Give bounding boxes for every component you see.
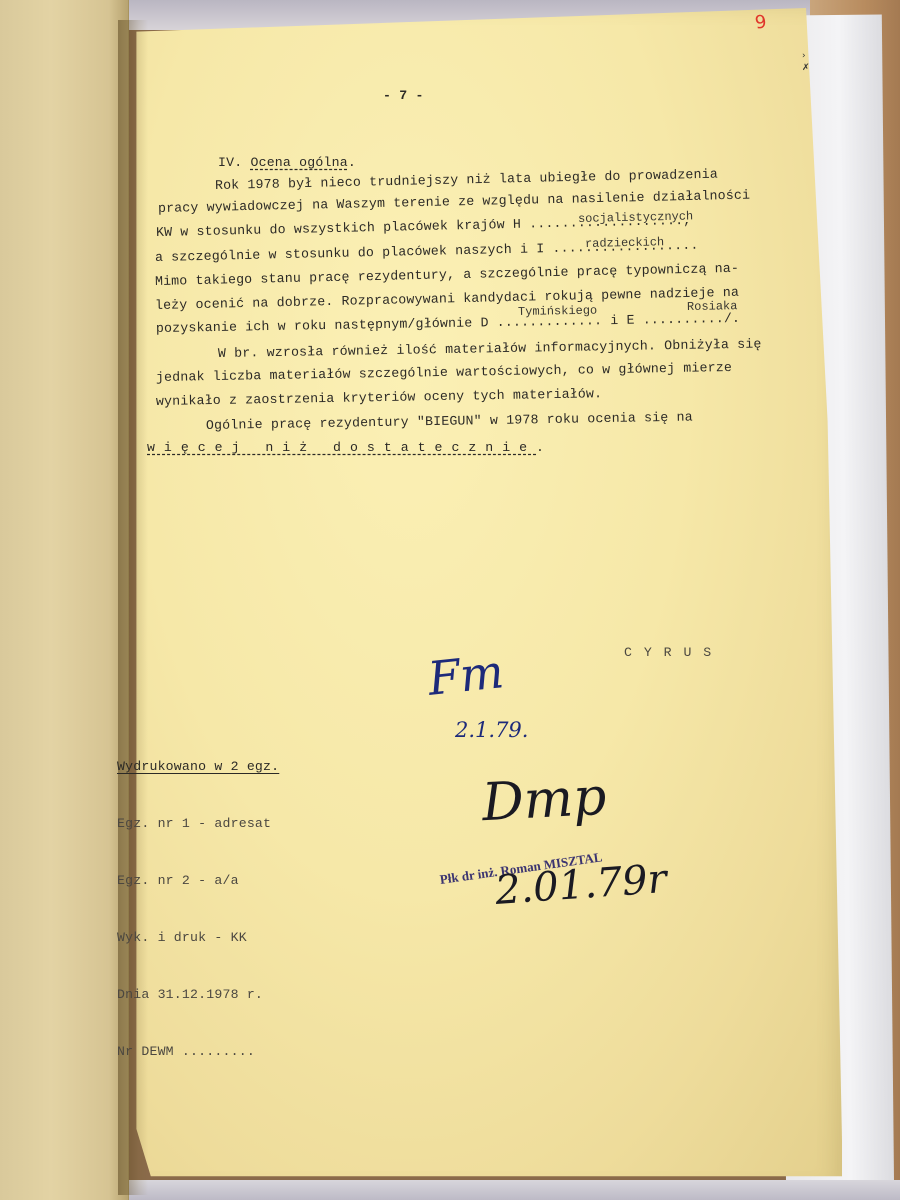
distribution-line: Dnia 31.12.1978 r. (117, 985, 279, 1004)
left-facing-page (0, 0, 129, 1200)
heading-period: . (348, 155, 356, 170)
section-heading: IV. Ocena ogólna. (218, 155, 356, 170)
rating-period: . (536, 440, 544, 455)
rating: więcej niż dostatecznie. (147, 440, 544, 455)
distribution-line: Egz. nr 2 - a/a (117, 871, 279, 890)
edge-marks: › ✗ (802, 50, 810, 74)
edge-mark: ✗ (802, 62, 810, 74)
distribution-line: Nr DEWM ......... (117, 1042, 279, 1061)
handwritten-signature-2: Dmp (481, 767, 608, 833)
handwritten-initials-1: Fm (425, 644, 506, 706)
distribution-header: Wydrukowano w 2 egz. (117, 757, 279, 776)
edge-mark: › (802, 50, 810, 62)
signature-codename: C Y R U S (624, 645, 713, 660)
distribution-line: Wyk. i druk - KK (117, 928, 279, 947)
section-number: IV. (218, 155, 242, 170)
rating-text: więcej niż dostatecznie (147, 440, 536, 455)
section-title: Ocena ogólna (250, 155, 347, 170)
handwritten-date-1: 2.1.79. (455, 718, 528, 742)
distribution-line: Egz. nr 1 - adresat (117, 814, 279, 833)
page-number: - 7 - (383, 88, 424, 103)
distribution-list: Wydrukowano w 2 egz. Egz. nr 1 - adresat… (117, 719, 279, 1080)
